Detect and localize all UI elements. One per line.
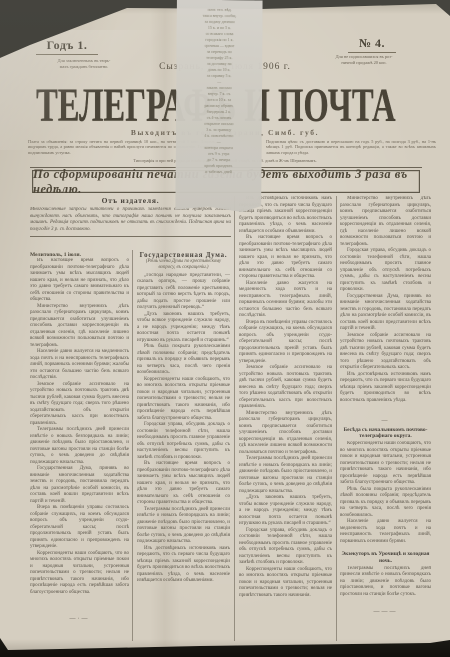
column-1: Мелитополь, 1 іюля. Въ настоящее время в…	[30, 252, 129, 610]
column-1-end-mark: —·—	[30, 616, 129, 622]
year-label: Годъ 1.	[36, 38, 98, 55]
column-4: Министерство внутреннихъ дѣлъ разослало …	[340, 196, 431, 615]
column-rule-2	[234, 196, 235, 641]
column-rule-3	[336, 196, 337, 641]
pasted-slip-text: почт. тел. вѣд. такса внутр. сообщ. за п…	[175, 0, 262, 182]
column-4-body-bottom: Телеграммы послѣднихъ дней принесли извѣ…	[340, 566, 431, 609]
scan-background: Годъ 1. Для заключенныхъ въ тюрь- махъ г…	[0, 0, 450, 657]
column-4-heading-2: Экзекуторъ въ Урочищѣ и холодная ночь.	[340, 551, 431, 563]
column-4-body-mid: Корреспонденты наши сообщаютъ, что во мн…	[340, 441, 431, 549]
column-2: Государственная Дума. (Рѣчь члена Думы п…	[137, 252, 230, 639]
column-3-body: Изъ достовѣрныхъ источниковъ намъ переда…	[239, 196, 332, 643]
column-2-body: „Господа народные представители, — сказа…	[137, 273, 230, 639]
duma-subheading: (Рѣчь члена Думы по крестьянскому вопрос…	[137, 259, 230, 271]
pasted-slip: почт. тел. вѣд. такса внутр. сообщ. за п…	[175, 0, 262, 212]
column-1-body: Въ настоящее время вопросъ о преобразова…	[30, 258, 129, 610]
column-4-separator-top: —	[340, 418, 431, 425]
column-rule-1	[132, 250, 133, 641]
editor-note-body: Многочисленные запросы читателей о причи…	[30, 207, 231, 233]
issue-number: № 4.	[348, 36, 396, 53]
subscription-rates-note: Подписная цѣна: съ доставкою и пересылко…	[266, 139, 436, 155]
column-4-heading-1: Бесѣда съ начальникомъ почтово-телеграфн…	[340, 427, 431, 439]
column-4-end-mark: ———	[340, 609, 431, 615]
duma-heading: Государственная Дума.	[137, 252, 230, 259]
column-4-body-top: Министерство внутреннихъ дѣлъ разослало …	[340, 196, 431, 418]
